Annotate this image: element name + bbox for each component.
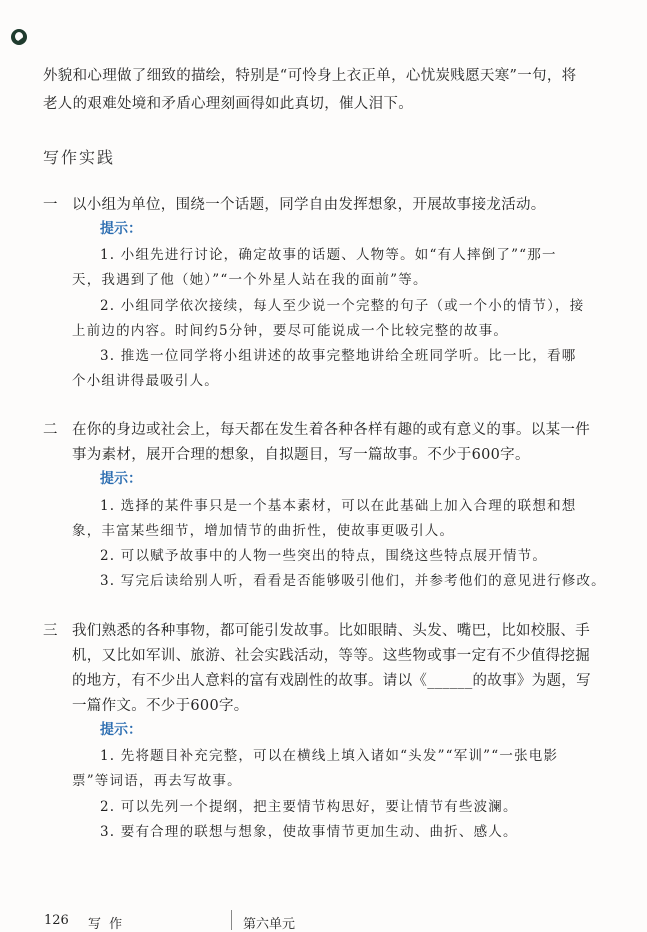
task-3-text-2: 机，又比如军训、旅游、社会实践活动，等等。这些物或事一定有不少值得挖掘: [72, 644, 590, 665]
task-1-hint-2a: 2. 小组同学依次接续，每人至少说一个完整的句子（或一个小的情节），接: [100, 294, 584, 314]
task-2-hint-3: 3. 写完后读给别人听，看看是否能够吸引他们，并参考他们的意见进行修改。: [100, 569, 606, 589]
footer-unit: 第六单元: [243, 913, 295, 932]
intro-line-2: 老人的艰难处境和矛盾心理刻画得如此真切，催人泪下。: [43, 92, 413, 113]
task-3-hint-2: 2. 可以先列一个提纲，把主要情节构思好，要让情节有些波澜。: [100, 795, 518, 815]
task-3-number: 三: [43, 619, 58, 640]
task-1-hint-label: 提示：: [100, 218, 142, 238]
task-2-hint-2: 2. 可以赋予故事中的人物一些突出的特点，围绕这些特点展开情节。: [100, 544, 547, 564]
task-3-hint-1a: 1. 先将题目补充完整，可以在横线上填入诸如“头发”“军训”“一张电影: [100, 744, 558, 764]
task-1-number: 一: [43, 193, 58, 214]
task-2-hint-1b: 象，丰富某些细节，增加情节的曲折性，使故事更吸引人。: [72, 519, 454, 539]
task-2-hint-1a: 1. 选择的某件事只是一个基本素材，可以在此基础上加入合理的联想和想: [100, 494, 576, 514]
task-2-number: 二: [43, 418, 58, 439]
page-number: 126: [44, 913, 69, 928]
footer-section: 写 作: [88, 913, 124, 932]
task-3-hint-label: 提示：: [100, 719, 142, 739]
task-3-hint-1b: 票”等词语，再去写故事。: [72, 769, 242, 789]
task-3-text-1: 我们熟悉的各种事物，都可能引发故事。比如眼睛、头发、嘴巴，比如校服、手: [72, 619, 590, 640]
task-3-text-3: 的地方，有不少出人意料的富有戏剧性的故事。请以《______的故事》为题，写: [72, 669, 591, 690]
task-3-text-4: 一篇作文。不少于600字。: [72, 694, 249, 715]
task-1-hint-1b: 天，我遇到了他（她）”“一个外星人站在我的面前”等。: [72, 268, 428, 288]
footer-divider: [231, 910, 232, 930]
intro-line-1: 外貌和心理做了细致的描绘，特别是“可怜身上衣正单，心忧炭贱愿天寒”一句，将: [43, 64, 576, 85]
task-1-text: 以小组为单位，围绕一个话题，同学自由发挥想象，开展故事接龙活动。: [72, 193, 546, 214]
task-1-hint-2b: 上前边的内容。时间约5分钟，要尽可能说成一个比较完整的故事。: [72, 319, 508, 339]
publisher-logo-icon: [11, 29, 27, 45]
task-2-text-2: 事为素材，展开合理的想象，自拟题目，写一篇故事。不少于600字。: [72, 443, 530, 464]
task-1-hint-3b: 个小组讲得最吸引人。: [72, 369, 219, 389]
task-1-hint-3a: 3. 推选一位同学将小组讲述的故事完整地讲给全班同学听。比一比，看哪: [100, 344, 576, 364]
task-2-hint-label: 提示：: [100, 468, 142, 488]
section-title: 写作实践: [43, 145, 115, 168]
task-3-hint-3: 3. 要有合理的联想与想象，使故事情节更加生动、曲折、感人。: [100, 820, 518, 840]
task-2-text-1: 在你的身边或社会上，每天都在发生着各种各样有趣的或有意义的事。以某一件: [72, 418, 590, 439]
task-1-hint-1a: 1. 小组先进行讨论，确定故事的话题、人物等。如“有人摔倒了”“那一: [100, 243, 557, 263]
